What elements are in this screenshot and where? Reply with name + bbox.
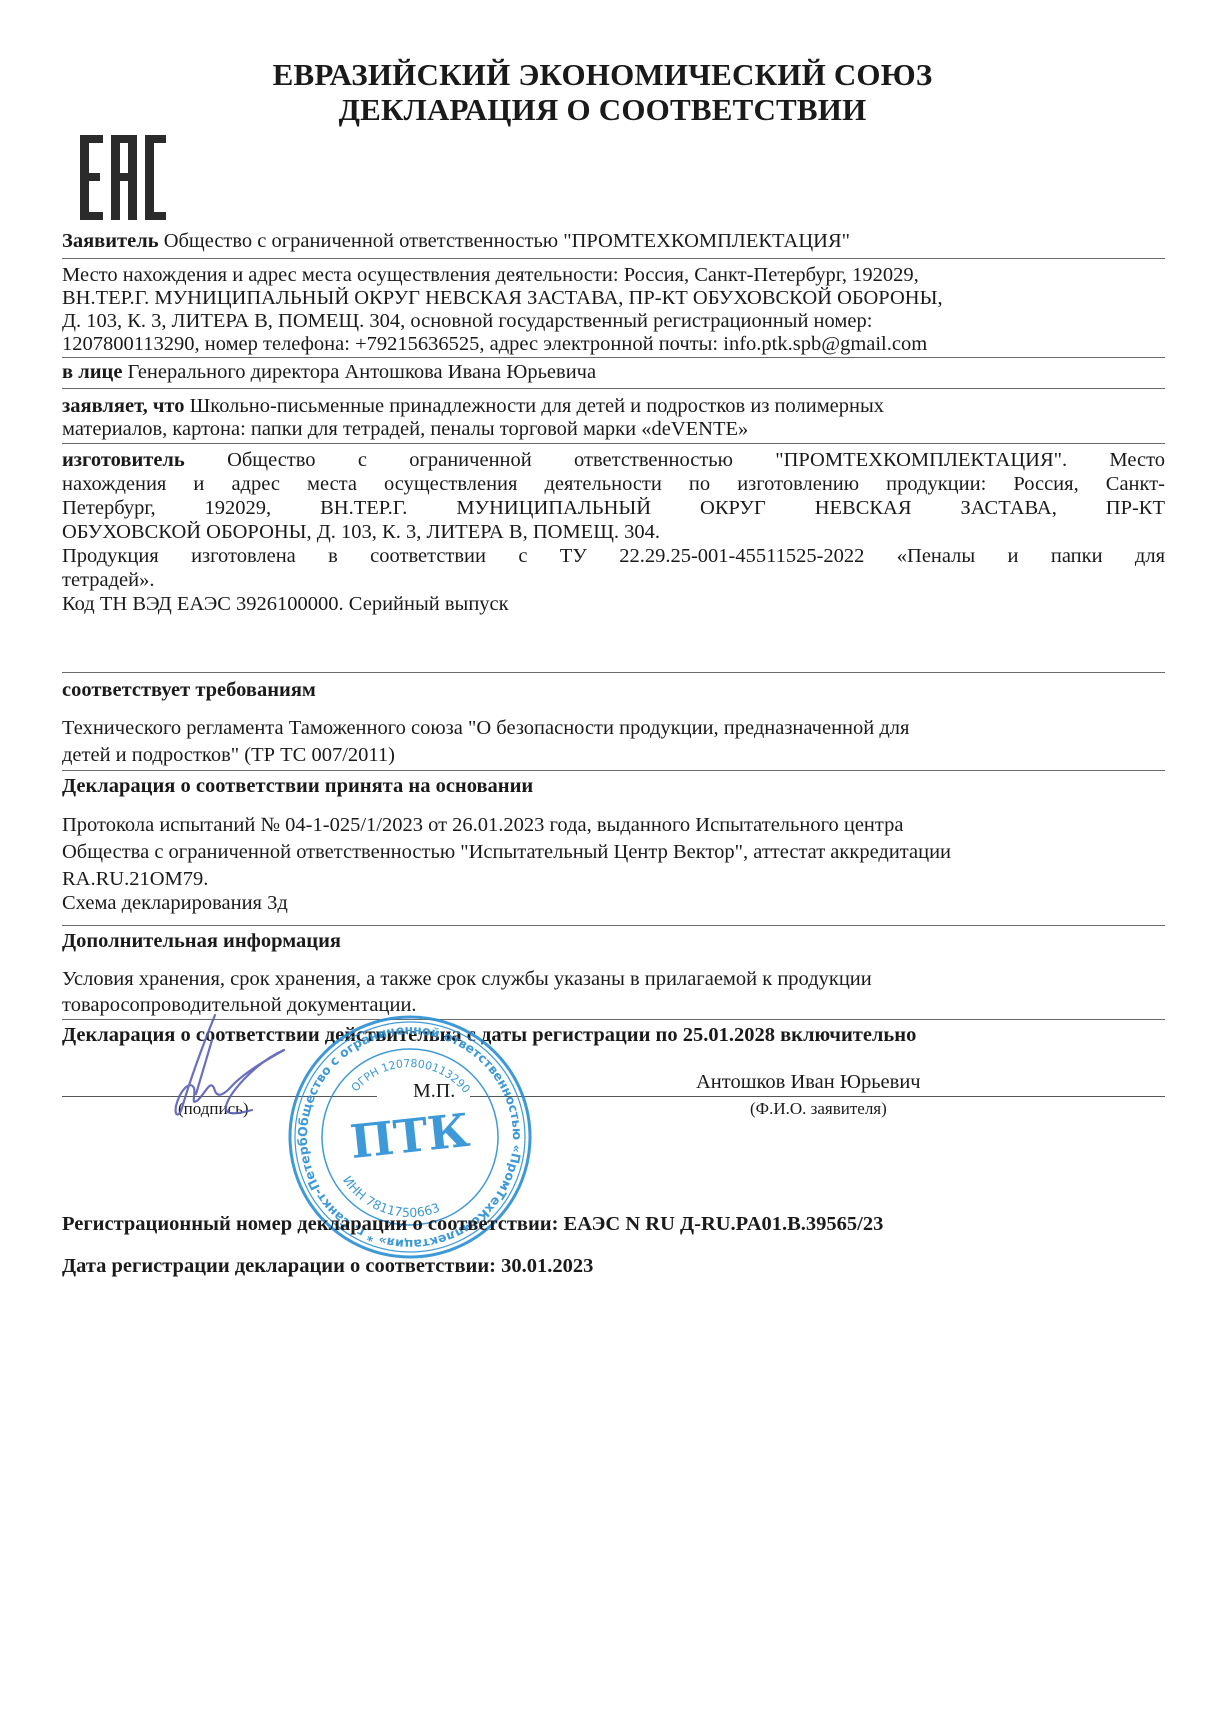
divider bbox=[62, 443, 1165, 444]
document-title: ДЕКЛАРАЦИЯ О СООТВЕТСТВИИ bbox=[0, 92, 1205, 128]
basis-line: RA.RU.21OM79. bbox=[62, 866, 1165, 893]
address-line: 1207800113290, номер телефона: +79215636… bbox=[62, 333, 1165, 356]
union-title: ЕВРАЗИЙСКИЙ ЭКОНОМИЧЕСКИЙ СОЮЗ bbox=[0, 57, 1205, 93]
representative-value: Генерального директора Антошкова Ивана Ю… bbox=[128, 361, 597, 383]
address-line: ВН.ТЕР.Г. МУНИЦИПАЛЬНЫЙ ОКРУГ НЕВСКАЯ ЗА… bbox=[62, 287, 1165, 310]
address-line: Место нахождения и адрес места осуществл… bbox=[62, 264, 1165, 287]
address-line: Д. 103, К. 3, ЛИТЕРА В, ПОМЕЩ. 304, осно… bbox=[62, 310, 1165, 333]
manufacturer-block: изготовитель Общество с ограниченной отв… bbox=[62, 448, 1165, 616]
basis-heading: Декларация о соответствии принята на осн… bbox=[62, 775, 1165, 798]
additional-heading: Дополнительная информация bbox=[62, 930, 1165, 953]
representative-label: в лице bbox=[62, 361, 122, 383]
applicant-row: Заявитель Общество с ограниченной ответс… bbox=[62, 230, 1165, 253]
divider bbox=[62, 357, 1165, 358]
applicant-label: Заявитель bbox=[62, 230, 159, 252]
signer-name: Антошков Иван Юрьевич bbox=[696, 1071, 921, 1094]
address-block: Место нахождения и адрес места осуществл… bbox=[62, 264, 1165, 356]
divider bbox=[62, 770, 1165, 771]
standard-line: Продукция изготовлена в соответствии с Т… bbox=[62, 544, 1165, 592]
signer-caption: (Ф.И.О. заявителя) bbox=[750, 1099, 887, 1119]
manufacturer-label: изготовитель bbox=[62, 449, 185, 471]
requirements-line: Технического регламента Таможенного союз… bbox=[62, 715, 1165, 742]
applicant-value: Общество с ограниченной ответственностью… bbox=[164, 230, 850, 252]
divider bbox=[62, 388, 1165, 389]
product-description-line: Школьно-письменные принадлежности для де… bbox=[190, 395, 884, 417]
requirements-heading: соответствует требованиям bbox=[62, 679, 1165, 702]
basis-block: Протокола испытаний № 04-1-025/1/2023 от… bbox=[62, 812, 1165, 917]
divider bbox=[62, 258, 1165, 259]
divider bbox=[62, 672, 1165, 673]
registration-number: Регистрационный номер декларации о соотв… bbox=[62, 1213, 1165, 1236]
product-description-line: материалов, картона: папки для тетрадей,… bbox=[62, 418, 1165, 441]
basis-line: Общества с ограниченной ответственностью… bbox=[62, 839, 1165, 866]
hs-code-line: Код ТН ВЭД ЕАЭС 3926100000. Серийный вып… bbox=[62, 592, 1165, 616]
scheme-line: Схема декларирования 3д bbox=[62, 890, 1165, 917]
svg-text:ПТК: ПТК bbox=[348, 1103, 473, 1169]
svg-text:ОГРН 1207800113290: ОГРН 1207800113290 bbox=[349, 1057, 473, 1096]
basis-line: Протокола испытаний № 04-1-025/1/2023 от… bbox=[62, 812, 1165, 839]
representative-row: в лице Генерального директора Антошкова … bbox=[62, 361, 1165, 384]
declares-label: заявляет, что bbox=[62, 395, 184, 417]
divider bbox=[62, 925, 1165, 926]
declares-block: заявляет, что Школьно-письменные принадл… bbox=[62, 395, 1165, 441]
registration-date: Дата регистрации декларации о соответств… bbox=[62, 1255, 1165, 1278]
manufacturer-line: Общество с ограниченной ответственностью… bbox=[227, 449, 1165, 471]
eac-mark-icon bbox=[80, 135, 166, 220]
declaration-page: ЕВРАЗИЙСКИЙ ЭКОНОМИЧЕСКИЙ СОЮЗ ДЕКЛАРАЦИ… bbox=[0, 0, 1205, 1718]
additional-line: Условия хранения, срок хранения, а также… bbox=[62, 966, 1165, 992]
requirements-block: Технического регламента Таможенного союз… bbox=[62, 715, 1165, 769]
handwritten-signature-icon bbox=[160, 1010, 290, 1125]
signer-name-line bbox=[470, 1096, 1165, 1097]
requirements-line: детей и подростков" (ТР ТС 007/2011) bbox=[62, 742, 1165, 769]
